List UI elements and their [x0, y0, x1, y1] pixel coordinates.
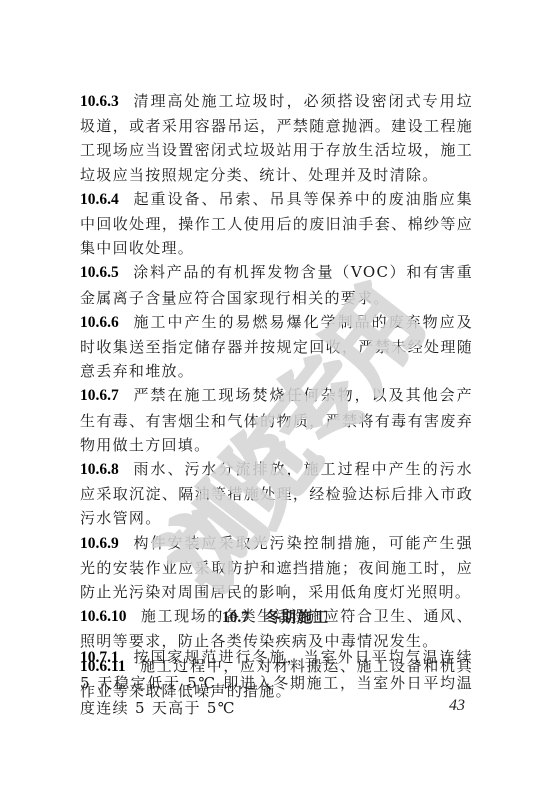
clause-number: 10.7.1: [80, 649, 119, 666]
clause-text: 清理高处施工垃圾时，必须搭设密闭式专用垃圾道，或者采用容器吊运，严禁随意抛洒。建…: [80, 92, 473, 184]
clause-10-7-1: 10.7.1按国家规范进行冬施，当室外日平均气温连续 5 天稳定低于 5℃ 即进…: [80, 645, 473, 722]
clause-number: 10.6.9: [80, 535, 119, 552]
clause-10-6-9: 10.6.9构件安装应采取光污染控制措施，可能产生强光的安装作业应采取防护和遮挡…: [80, 531, 473, 605]
clauses-10-7: 10.7.1按国家规范进行冬施，当室外日平均气温连续 5 天稳定低于 5℃ 即进…: [80, 645, 473, 722]
clause-text: 按国家规范进行冬施，当室外日平均气温连续 5 天稳定低于 5℃ 即进入冬期施工，…: [80, 648, 473, 717]
section-title: 冬期施工: [265, 608, 329, 626]
clause-10-6-8: 10.6.8雨水、污水分流排放，施工过程中产生的污水应采取沉淀、隔油等措施处理，…: [80, 457, 473, 531]
section-number: 10.7: [222, 609, 249, 626]
clause-10-6-3: 10.6.3清理高处施工垃圾时，必须搭设密闭式专用垃圾道，或者采用容器吊运，严禁…: [80, 89, 473, 187]
clause-10-6-5: 10.6.5涂料产品的有机挥发物含量（VOC）和有害重金属离子含量应符合国家现行…: [80, 260, 473, 309]
clause-text: 施工中产生的易燃易爆化学制品的废弃物应及时收集送至指定储存器并按规定回收，严禁未…: [80, 313, 473, 380]
clause-text: 雨水、污水分流排放，施工过程中产生的污水应采取沉淀、隔油等措施处理，经检验达标后…: [80, 460, 473, 527]
clause-10-6-7: 10.6.7严禁在施工现场焚烧任何杂物，以及其他会产生有毒、有害烟尘和气体的物质…: [80, 383, 473, 457]
clause-10-6-6: 10.6.6施工中产生的易燃易爆化学制品的废弃物应及时收集送至指定储存器并按规定…: [80, 310, 473, 384]
clause-number: 10.6.5: [80, 264, 119, 281]
clause-text: 起重设备、吊索、吊具等保养中的废油脂应集中回收处理，操作工人使用后的废旧油手套、…: [80, 190, 473, 257]
clause-number: 10.6.8: [80, 461, 119, 478]
clause-10-6-4: 10.6.4起重设备、吊索、吊具等保养中的废油脂应集中回收处理，操作工人使用后的…: [80, 187, 473, 261]
clause-text: 严禁在施工现场焚烧任何杂物，以及其他会产生有毒、有害烟尘和气体的物质，严禁将有毒…: [80, 386, 473, 453]
clause-text: 构件安装应采取光污染控制措施，可能产生强光的安装作业应采取防护和遮挡措施；夜间施…: [80, 534, 473, 601]
clause-text: 涂料产品的有机挥发物含量（VOC）和有害重金属离子含量应符合国家现行相关的要求。: [80, 263, 473, 306]
document-page: 10.6.3清理高处施工垃圾时，必须搭设密闭式专用垃圾道，或者采用容器吊运，严禁…: [0, 0, 551, 790]
page-number: 43: [449, 697, 465, 715]
section-heading: 10.7冬期施工: [0, 605, 551, 630]
clause-number: 10.6.3: [80, 93, 119, 110]
clause-number: 10.6.4: [80, 191, 119, 208]
clause-number: 10.6.7: [80, 387, 119, 404]
clause-number: 10.6.6: [80, 314, 119, 331]
